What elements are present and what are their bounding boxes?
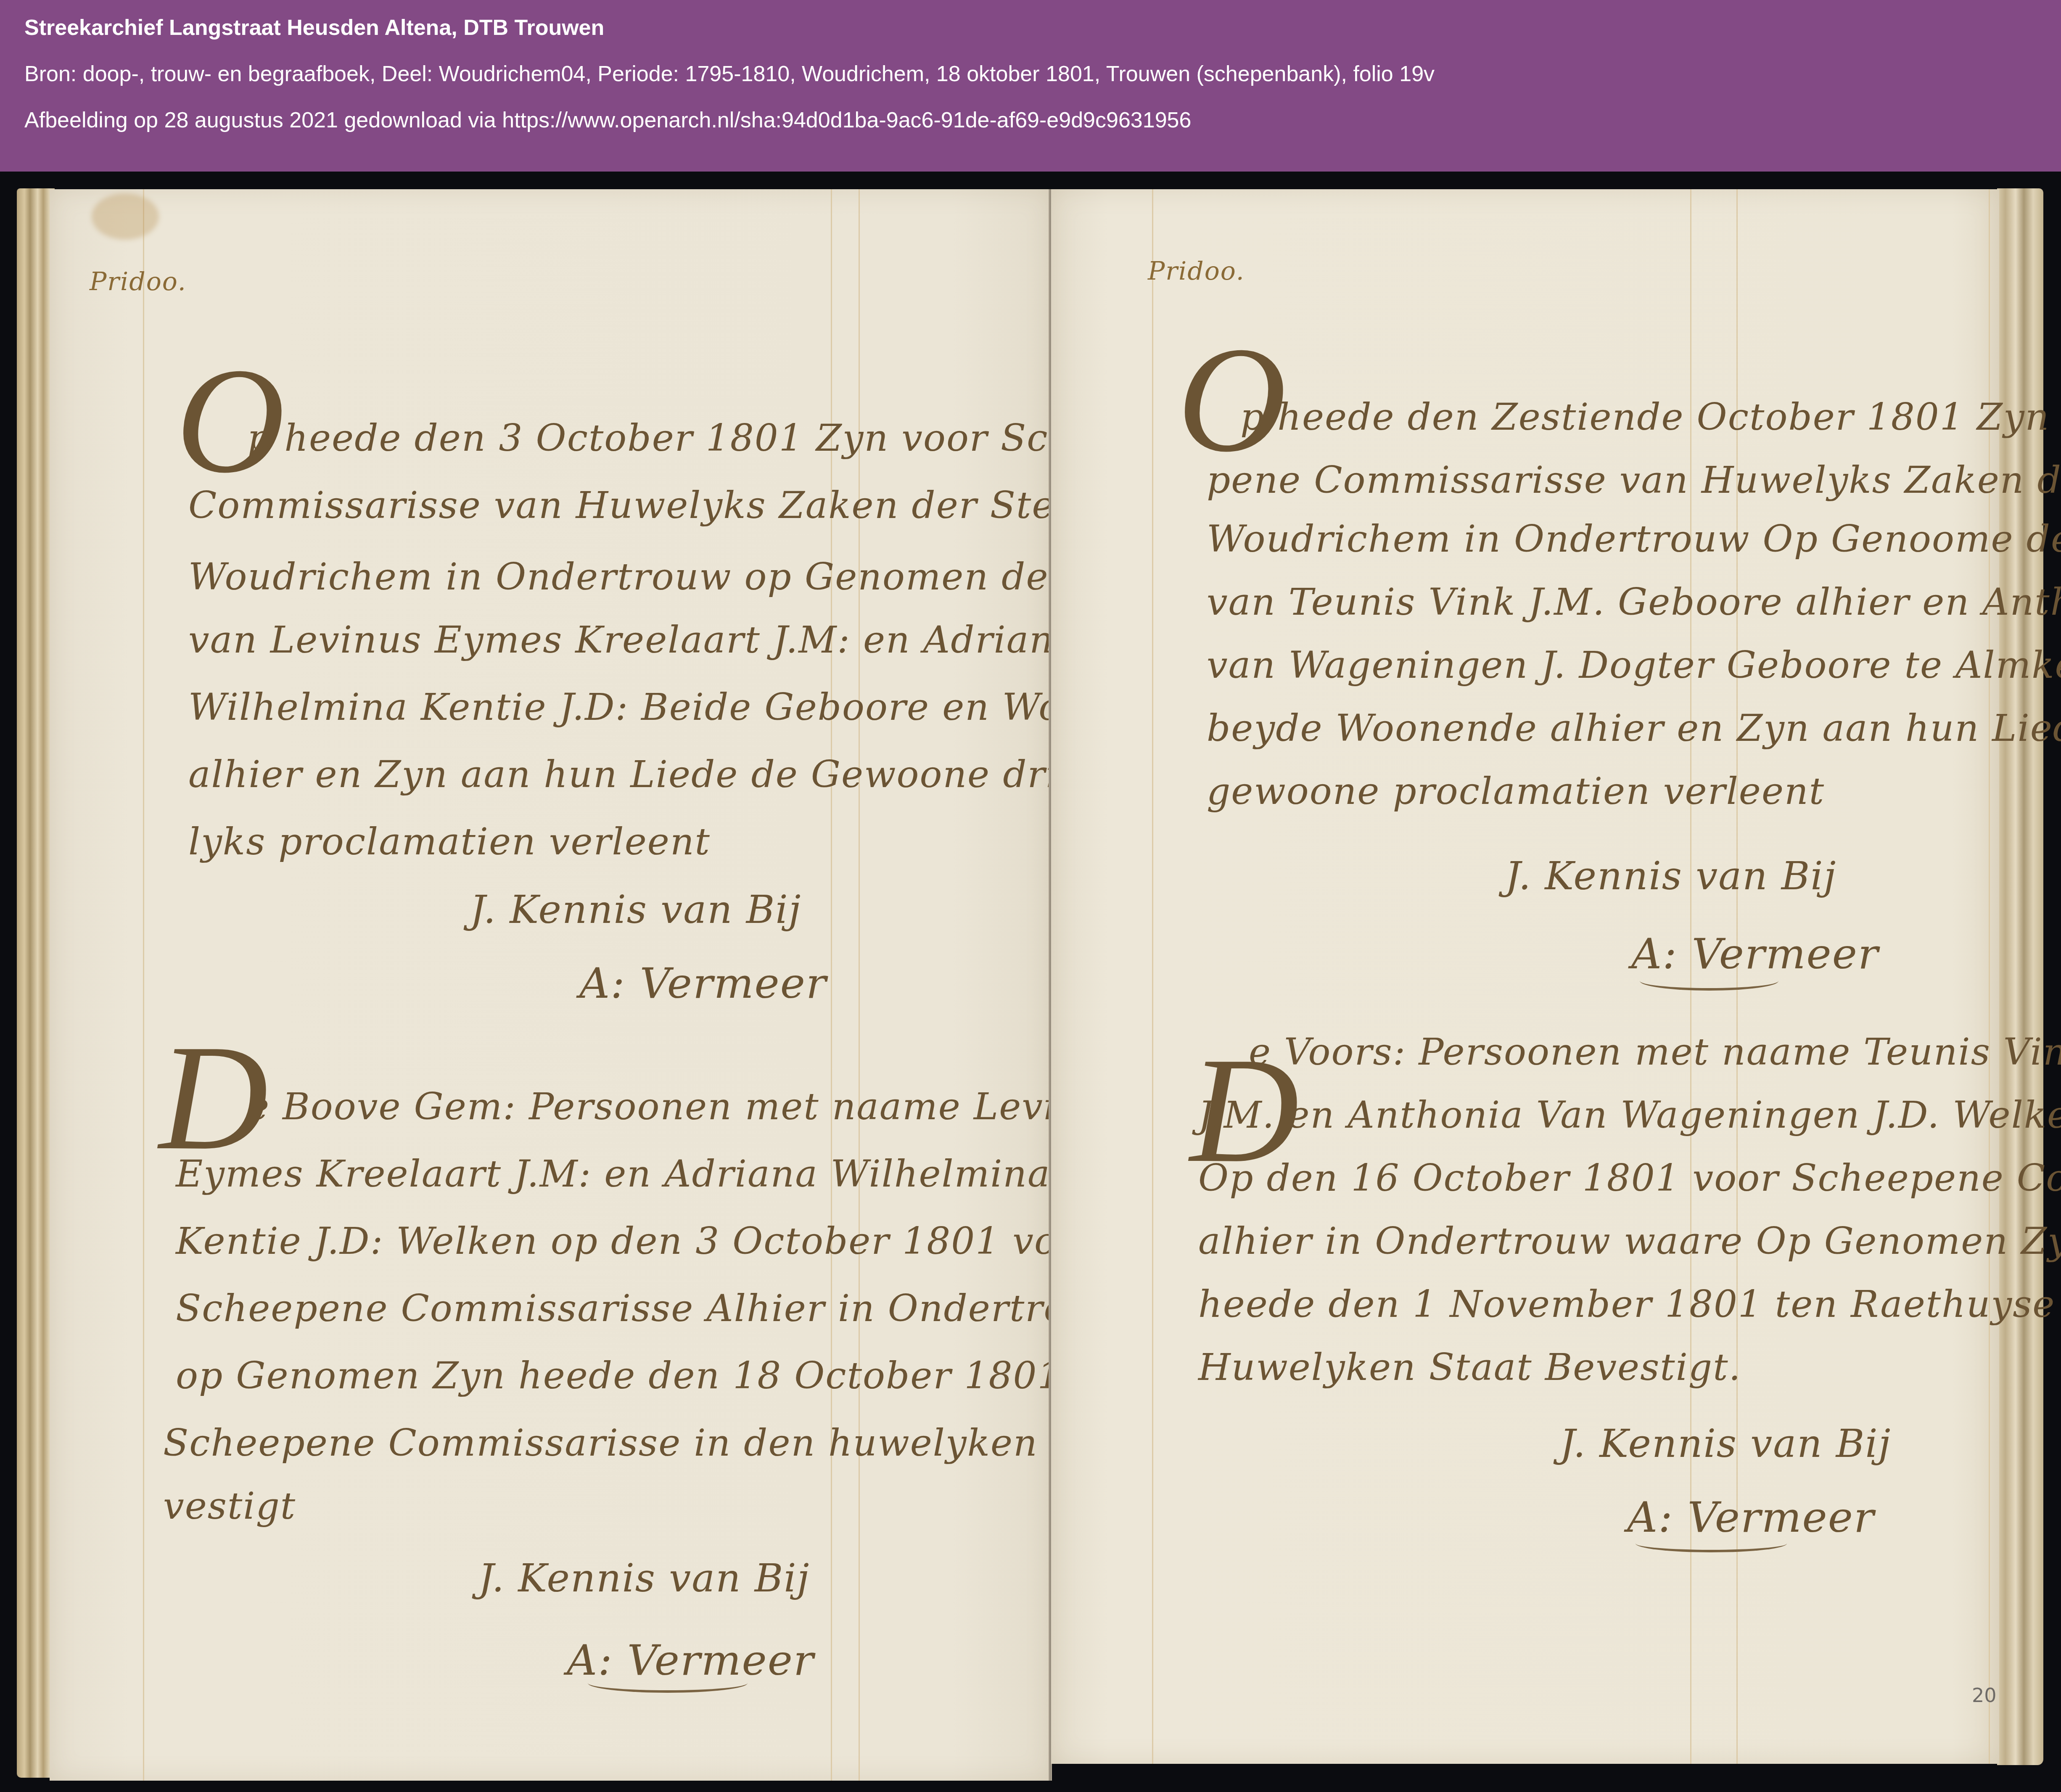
- signature-line: A: Vermeer: [1631, 929, 1879, 978]
- download-attribution: Afbeelding op 28 augustus 2021 gedownloa…: [24, 109, 2061, 131]
- margin-rule: [143, 189, 144, 1781]
- signature-line: A: Vermeer: [1627, 1493, 1875, 1542]
- corner-note: Pridoo.: [1148, 256, 1245, 286]
- entry-line: Eymes Kreelaart J.M: en Adriana Wilhelmi…: [176, 1152, 1050, 1195]
- margin-rule: [1152, 189, 1153, 1764]
- signature-line: J. Kennis van Bij: [478, 1556, 810, 1601]
- signature-line: J. Kennis van Bij: [1505, 854, 1836, 899]
- entry-line: heede den 1 November 1801 ten Raethuyse …: [1198, 1282, 2061, 1326]
- signature-line: J. Kennis van Bij: [470, 887, 801, 932]
- entry-line: Huwelyken Staat Bevestigt.: [1198, 1345, 1741, 1389]
- entry-line: p heede den Zestiende October 1801 Zyn v…: [1240, 395, 2061, 439]
- source-description: Bron: doop-, trouw- en begraafboek, Deel…: [24, 63, 2061, 85]
- entry-line: beyde Woonende alhier en Zyn aan hun Lie…: [1207, 706, 2061, 750]
- archive-title: Streekarchief Langstraat Heusden Altena,…: [24, 17, 2061, 39]
- entry-line: J.M. en Anthonia Van Wageningen J.D. Wel…: [1198, 1093, 2061, 1137]
- corner-note: Pridoo.: [90, 267, 187, 296]
- entry-line: e Voors: Persoonen met naame Teunis Vink: [1249, 1030, 2061, 1073]
- entry-line: van Levinus Eymes Kreelaart J.M: en Adri…: [188, 618, 1077, 661]
- signature-flourish: [1636, 1535, 1787, 1552]
- entry-line: vestigt: [163, 1484, 296, 1528]
- archive-header: Streekarchief Langstraat Heusden Altena,…: [0, 0, 2061, 172]
- entry-line: Kentie J.D: Welken op den 3 October 1801…: [176, 1219, 1099, 1263]
- signature-flourish: [1640, 971, 1778, 991]
- page-number: 20: [1972, 1684, 1997, 1707]
- signature-line: J. Kennis van Bij: [1560, 1421, 1891, 1466]
- entry-line: Op den 16 October 1801 voor Scheepene Co…: [1198, 1156, 2061, 1200]
- entry-line: alhier in Ondertrouw waare Op Genomen Zy…: [1198, 1219, 2061, 1263]
- left-page: Pridoo. O p heede den 3 October 1801 Zyn…: [50, 189, 1051, 1781]
- water-stain: [92, 193, 159, 240]
- entry-line: Woudrichem in Ondertrouw Op Genoome de P…: [1207, 517, 2061, 560]
- right-page: Pridoo. O p heede den Zestiende October …: [1051, 189, 1999, 1764]
- left-page-stack: [17, 188, 55, 1778]
- signature-line: A: Vermeer: [579, 959, 827, 1008]
- scanned-register-image: Pridoo. O p heede den 3 October 1801 Zyn…: [0, 172, 2061, 1792]
- entry-line: pene Commissarisse van Huwelyks Zaken de…: [1207, 458, 2061, 502]
- entry-line: gewoone proclamatien verleent: [1207, 769, 1825, 813]
- entry-line: van Wageningen J. Dogter Geboore te Almk…: [1207, 643, 2061, 687]
- signature-flourish: [588, 1673, 748, 1693]
- entry-line: e Boove Gem: Persoonen met naame Levinus: [247, 1085, 1126, 1128]
- entry-line: lyks proclamatien verleent: [188, 820, 711, 863]
- entry-line: Commissarisse van Huwelyks Zaken der Ste…: [188, 484, 1102, 527]
- entry-line: op Genomen Zyn heede den 18 October 1801…: [176, 1354, 1161, 1397]
- entry-line: van Teunis Vink J.M. Geboore alhier en A…: [1207, 580, 2061, 624]
